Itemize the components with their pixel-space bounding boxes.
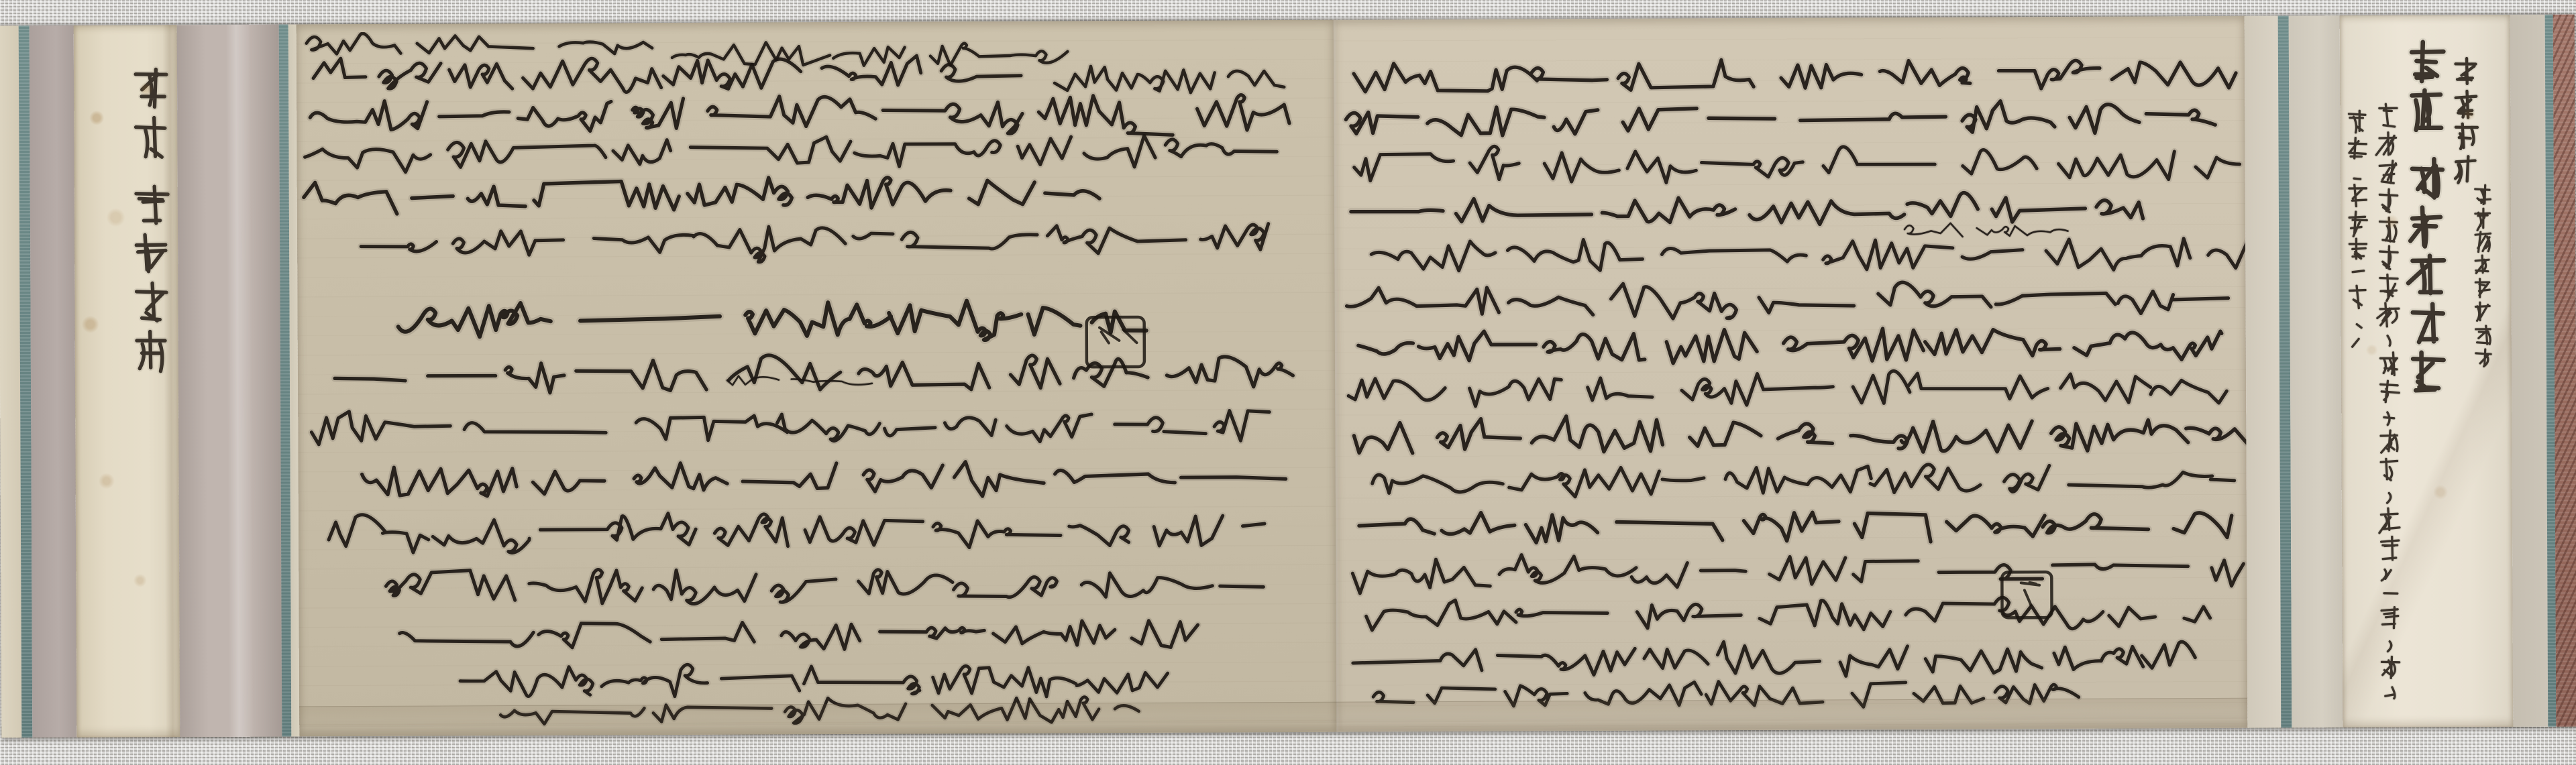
label-character: [2384, 593, 2398, 594]
left-title-text: 羽州 村上寛應: [74, 25, 74, 26]
calligraphy-panel-2: densely written cursive Japanese (kuzush…: [1334, 16, 2248, 732]
label-character: [2376, 133, 2396, 156]
ink-line-bleed: [460, 662, 1168, 699]
ink-line-bleed: [313, 55, 1021, 93]
right-label-date-text: 明治四十五年二月: [2340, 15, 2341, 16]
label-column-date: [2475, 185, 2491, 366]
ink-line-bleed: [1373, 463, 2235, 497]
label-column-main-title: [2407, 42, 2445, 391]
label-column-owner: [136, 69, 168, 371]
ink-line: [1352, 552, 2243, 593]
ink-line-bleed: [1346, 100, 2215, 136]
calligraphy-panel-1: densely written cursive Japanese (kuzush…: [297, 20, 1340, 737]
left-title-label: 羽州 村上寛應: [74, 25, 180, 738]
label-column-dedication: [2455, 58, 2477, 183]
left-title-calligraphy: [74, 33, 180, 729]
ink-line: [329, 511, 1265, 554]
panel-2-content-note: densely written cursive Japanese (kuzush…: [1334, 20, 1334, 21]
right-label-merit-note-text: 清水ノ勲功與テ力アリ: [2340, 15, 2341, 16]
label-character: [2354, 178, 2361, 179]
label-character: [2353, 271, 2364, 272]
label-column-biography-note: [2376, 104, 2401, 699]
brocade-cover-edge: [2553, 15, 2576, 727]
right-label-main-title-text: 周防 難波傳兵衛: [2340, 15, 2341, 16]
ink-line: [1354, 58, 2236, 92]
ink-line-bleed: [1366, 597, 2210, 632]
right-title-label: 贈正五位 周防 難波傳兵衛 明治四十五年二月 号軍庵清水清太郎ノ臣能ク主家ヲ輔翼…: [2340, 15, 2514, 727]
label-column-merit-note: [2349, 111, 2367, 347]
panel-2-calligraphy: [1334, 24, 2248, 724]
right-label-dedication-text: 贈正五位: [2340, 15, 2341, 16]
ink-line-bleed: [386, 567, 1263, 605]
left-backing-paper-folds: [177, 25, 282, 738]
right-backing-paper-2: [2289, 15, 2343, 727]
right-title-calligraphy: [2340, 23, 2514, 719]
left-backing-paper: [30, 25, 77, 738]
scroll-photograph: 羽州 村上寛應 densely written cursive Japanese…: [0, 0, 2576, 765]
ink-line: [1353, 640, 2196, 678]
right-label-biography-note-text: 号軍庵清水清太郎ノ臣能ク主家ヲ輔翼シテ身ヲ忘ル: [2340, 15, 2341, 16]
handscroll: 羽州 村上寛應 densely written cursive Japanese…: [0, 15, 2576, 738]
boxed-character-strokes: [2021, 583, 2039, 605]
ink-line-bleed: [329, 511, 1265, 554]
panel-1-calligraphy: [297, 28, 1337, 729]
ink-line: [1351, 192, 2143, 226]
right-backing-paper: [2245, 16, 2282, 728]
ink-line-bleed: [311, 408, 1269, 445]
ink-line: [307, 32, 652, 55]
right-backing-paper-3: [2510, 15, 2548, 727]
panel-1-content-note: densely written cursive Japanese (kuzush…: [297, 24, 297, 25]
label-character: [2384, 412, 2394, 425]
